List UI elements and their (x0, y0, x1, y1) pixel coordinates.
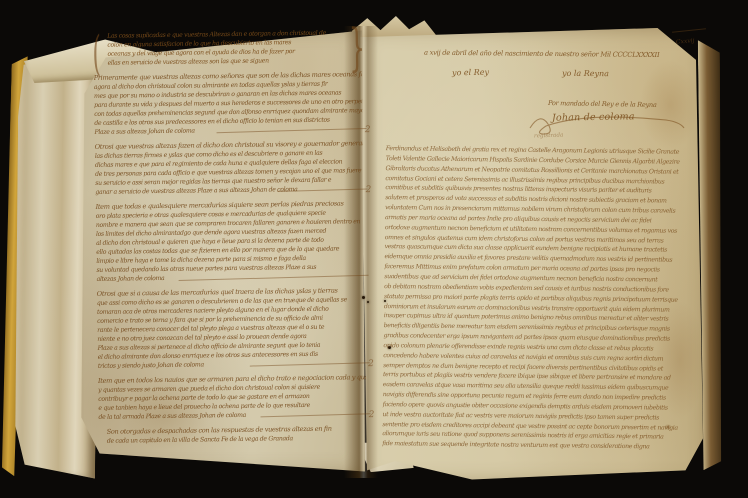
article-1: Primeramente que vuestras altezas como s… (94, 70, 363, 137)
preamble-right-brace: } (348, 17, 365, 77)
left-page-text-column: ( } Las cosas suplicadas e que vuestras … (93, 28, 367, 446)
capitulations-preamble: ( } Las cosas suplicadas e que vuestras … (93, 28, 361, 68)
article-5: Item que en todos los nauios que se arma… (98, 373, 367, 422)
wormhole (367, 301, 369, 303)
folio-scratch-mark (672, 28, 706, 33)
registration-note: registrada (534, 132, 564, 139)
rubric-flourish: 2 (369, 410, 375, 420)
rubric-flourish: 2 (368, 359, 374, 369)
photo-backdrop: { "document": { "left_page": { "header_l… (0, 0, 748, 498)
secretary-signature: Johan de coloma (552, 111, 635, 123)
article-3: Item que todas e qualesquiere mercaduria… (96, 199, 365, 284)
rubric-flourish: 2 (365, 125, 371, 135)
king-signature: yo el Rey (452, 68, 489, 78)
article-4: Otrosi que si a causa de las mercadurias… (97, 286, 366, 371)
rubric-flourish: 2 (366, 185, 372, 195)
right-page-text-column: Ferdinandus et Helisabeth dei gratia rex… (382, 144, 698, 453)
queen-signature: yo la Reyna (562, 69, 609, 78)
article-2: Otrosi que vuestras altezas fazen al dic… (95, 139, 364, 197)
folio-number: Cxxvij (676, 37, 695, 46)
closing-clause: Son otorgadas e despachadas con las resp… (99, 424, 367, 446)
